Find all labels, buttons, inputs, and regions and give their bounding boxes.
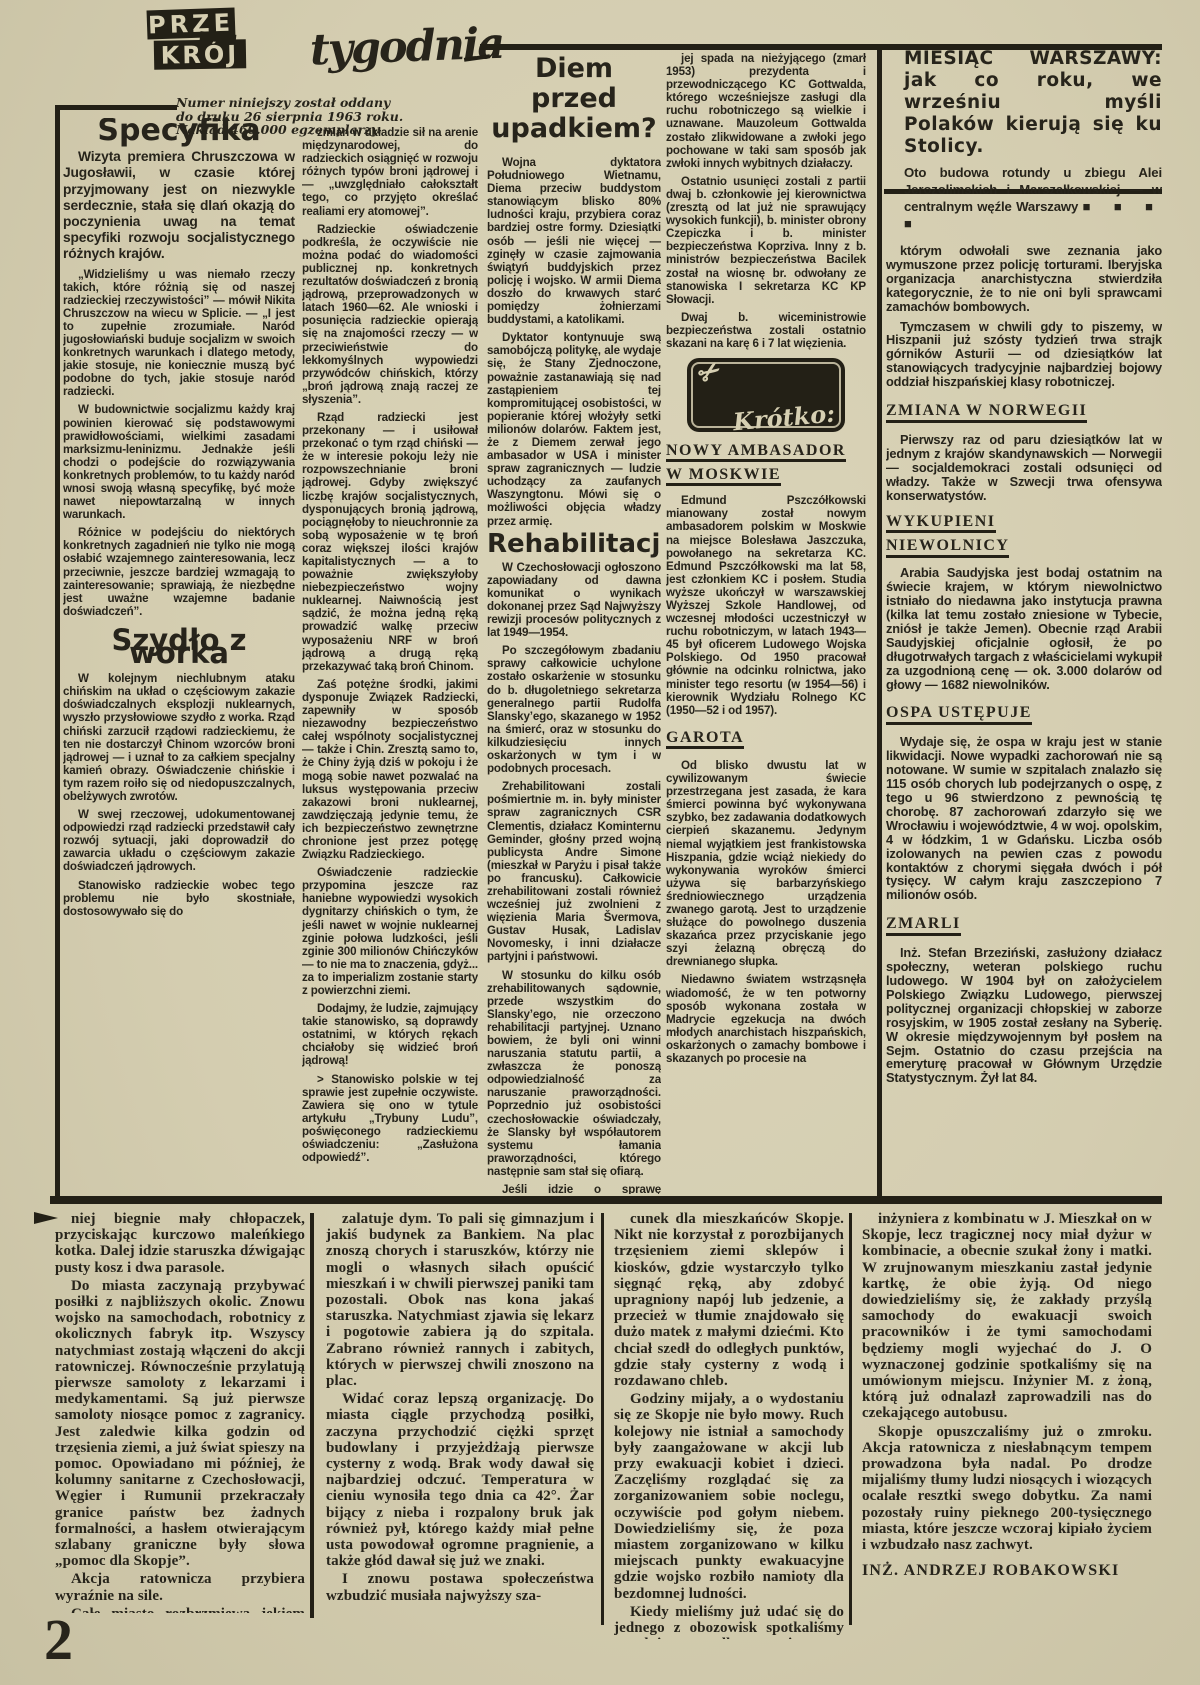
paragraph: Godziny mijały, a o wydostaniu się ze Sk… — [614, 1391, 844, 1602]
paragraph: W stosunku do kilku osób zrehabilitowany… — [487, 969, 661, 1179]
paragraph: W swej rzeczowej, udokumentowanej odpowi… — [63, 808, 295, 873]
paragraph: Ostatnio usunięci zostali z partii dwaj … — [666, 175, 866, 306]
paragraph: Tymczasem w chwili gdy to piszemy, w His… — [886, 320, 1162, 390]
report-column-2: zalatuje dym. To pali się gimnazjum i ja… — [326, 1211, 594, 1631]
paragraph: „Widzieliśmy u was niemało rzeczy takich… — [63, 268, 295, 399]
column-divider — [849, 1213, 852, 1625]
heading-garota: GAROTA — [666, 722, 866, 753]
paragraph: W kolejnym niechlubnym ataku chińskim na… — [63, 672, 295, 803]
paragraph: Skopje opuszczaliśmy już o zmroku. Akcja… — [862, 1424, 1152, 1554]
photo-caption: Oto budowa rotundy u zbiegu Alei Jerozol… — [904, 164, 1162, 232]
paragraph: W Czechosłowacji ogłoszono zapowiadany o… — [487, 561, 661, 640]
heading-wykupieni-niewolnicy: WYKUPIENI NIEWOLNICY — [886, 509, 1162, 561]
paragraph: którym odwołali swe zeznania jako wymusz… — [886, 244, 1162, 314]
krotko-badge-label: Krótko: — [733, 407, 836, 429]
paragraph: Wydaje się, że ospa w kraju jest w stani… — [886, 735, 1162, 902]
heading-line: ZMARLI — [886, 917, 961, 936]
report-column-1: niej biegnie mały chłopaczek, przyciskaj… — [55, 1211, 305, 1613]
paragraph: Wojna dyktatora Południowego Wietnamu, D… — [487, 156, 661, 326]
paragraph: Stanowisko radzieckie wobec tego problem… — [63, 879, 295, 918]
heading-rehabilitacja: Rehabilitacja — [487, 538, 661, 551]
page-number: 2 — [44, 1606, 73, 1673]
paragraph: > Stanowisko polskie w tej sprawie jest … — [302, 1073, 478, 1165]
krotko-badge: ✂ Krótko: — [687, 358, 845, 432]
report-column-3: cunek dla mieszkańców Skopje. Nikt nie k… — [614, 1211, 844, 1639]
paragraph: Arabia Saudyjska jest bodaj ostatnim na … — [886, 566, 1162, 691]
column-divider — [601, 1213, 604, 1625]
paragraph: W budownictwie socjalizmu każdy kraj pow… — [63, 403, 295, 521]
weekly-column-2: zmian w układzie sił na arenie międzynar… — [302, 126, 478, 1194]
paragraph: Zrehabilitowani zostali pośmiertnie m. i… — [487, 780, 661, 963]
paragraph: jej spada na nieżyjącego (zmarł 1953) pr… — [666, 52, 866, 170]
box-border-top-left — [55, 105, 177, 110]
paragraph: Od blisko dwustu lat w cywilizowanym świ… — [666, 759, 866, 969]
heading-line: Diem — [487, 54, 661, 84]
weekly-column-3: Diem przed upadkiem? Wojna dyktatora Poł… — [487, 52, 661, 1194]
section-divider-bar — [50, 1196, 1162, 1204]
heading-specyfika: Specyfika — [63, 124, 295, 137]
column-divider — [310, 1213, 314, 1618]
paragraph: Dyktator kontynuuje swą samobójczą polit… — [487, 331, 661, 527]
author-signature: INŻ. ANDRZEJ ROBAKOWSKI — [862, 1563, 1152, 1579]
heading-line: przed upadkiem? — [487, 84, 661, 144]
paragraph: Jeśli idzie o sprawę odpowiedzialności t… — [487, 1183, 661, 1194]
heading-ospa-ustepuje: OSPA USTĘPUJE — [886, 697, 1162, 729]
box-border-left — [55, 105, 60, 1200]
heading-line: NOWY AMBASADOR — [666, 444, 846, 462]
paragraph: Zaś potężne środki, jakimi dysponuje Zwi… — [302, 678, 478, 861]
heading-zmarli: ZMARLI — [886, 908, 1162, 940]
paragraph: Niedawno światem wstrząsnęła wiadomość, … — [666, 973, 866, 1065]
heading-zmiana-w-norwegii: ZMIANA W NORWEGII — [886, 395, 1162, 427]
paragraph: Różnice w podejściu do niektórych konkre… — [63, 526, 295, 618]
weekly-column-1: Specyfika Wizyta premiera Chruszczowa w … — [63, 118, 295, 1194]
weekly-column-4: jej spada na nieżyjącego (zmarł 1953) pr… — [666, 52, 866, 1194]
paragraph: Wizyta premiera Chruszczowa w Jugosławii… — [63, 149, 295, 262]
paragraph: Do miasta zaczynają przybywać posiłki z … — [55, 1278, 305, 1570]
heading-line: WYKUPIENI — [886, 515, 996, 534]
heading-line: ZMIANA W NORWEGII — [886, 404, 1087, 423]
paragraph: Dwaj b. wiceministrowie bezpieczeństwa z… — [666, 311, 866, 350]
paragraph: niej biegnie mały chłopaczek, przyciskaj… — [55, 1211, 305, 1276]
paragraph: Oświadczenie radzieckie przypomina jeszc… — [302, 866, 478, 997]
paragraph: Inż. Stefan Brzeziński, zasłużony działa… — [886, 946, 1162, 1085]
paragraph: Akcja ratownicza przybiera wyraźnie na s… — [55, 1571, 305, 1603]
paragraph: Edmund Pszczółkowski mianowany został no… — [666, 494, 866, 717]
paragraph: Kiedy mieliśmy już udać się do jednego z… — [614, 1604, 844, 1639]
paragraph: I znowu postawa społeczeństwa wzbudzić m… — [326, 1571, 594, 1603]
heading-line: OSPA USTĘPUJE — [886, 706, 1032, 725]
paragraph: zmian w układzie sił na arenie międzynar… — [302, 126, 478, 218]
heading-line: W MOSKWIE — [666, 468, 781, 486]
sidebar-column: MIESIĄC WARSZAWY: jak co roku, we wrześn… — [886, 48, 1162, 1194]
heading-nowy-ambasador: NOWY AMBASADOR W MOSKWIE — [666, 444, 866, 488]
heading-line: NIEWOLNICY — [886, 539, 1009, 558]
box-border-right — [877, 44, 882, 1200]
paragraph: Pierwszy raz od paru dziesiątków lat w j… — [886, 433, 1162, 503]
paragraph: Całe miasto rozbrzmiewa jękiem syren pog… — [55, 1606, 305, 1613]
paragraph: Rząd radziecki jest przekonany — i usiło… — [302, 411, 478, 673]
logo-przekroj-bottom: KRÓJ — [154, 39, 246, 70]
heading-line: GAROTA — [666, 731, 744, 749]
paragraph: cunek dla mieszkańców Skopje. Nikt nie k… — [614, 1211, 844, 1389]
miesiac-warszawy-block: MIESIĄC WARSZAWY: jak co roku, we wrześn… — [886, 48, 1162, 232]
paragraph: Radzieckie oświadczenie podkreśla, że oc… — [302, 223, 478, 406]
paragraph: zalatuje dym. To pali się gimnazjum i ja… — [326, 1211, 594, 1389]
heading-miesiac-warszawy: MIESIĄC WARSZAWY: jak co roku, we wrześn… — [904, 48, 1162, 158]
paragraph: Widać coraz lepszą organizację. Do miast… — [326, 1391, 594, 1569]
paragraph: Dodajmy, że ludzie, zajmujący takie stan… — [302, 1002, 478, 1067]
paragraph: inżyniera z kombinatu w J. Mieszkał on w… — [862, 1211, 1152, 1422]
paragraph: Po szczegółowym zbadaniu sprawy całkowic… — [487, 644, 661, 775]
issue-note-line: Numer niniejszy został oddany — [176, 96, 411, 110]
report-column-4: inżyniera z kombinatu w J. Mieszkał on w… — [862, 1211, 1152, 1646]
heading-szydlo-z-worka: Szydło z worka — [63, 634, 295, 660]
newspaper-page: { "masthead": { "logo_top": "PRZE", "log… — [0, 0, 1200, 1685]
heading-diem-przed-upadkiem: Diem przed upadkiem? — [487, 54, 661, 144]
